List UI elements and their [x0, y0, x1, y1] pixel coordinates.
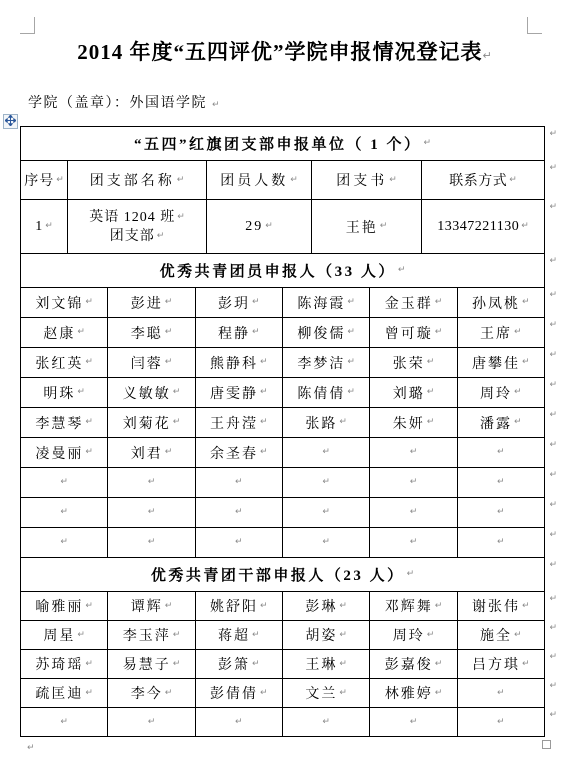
name-row: 张红英↵闫蓉↵熊静科↵李梦洁↵张荣↵唐攀佳↵↵	[21, 347, 544, 377]
cell-end-mark: ↵	[252, 631, 260, 640]
cell-end-mark: ↵	[148, 718, 156, 727]
cell-end-mark: ↵	[85, 358, 93, 367]
section3-name-grid: 喻雅丽↵谭辉↵姚舒阳↵彭琳↵邓辉舞↵谢张伟↵↵周星↵李玉萍↵蒋超↵胡姿↵周玲↵施…	[21, 591, 544, 736]
cell-end-mark: ↵	[77, 328, 85, 337]
applicant-name-cell[interactable]: 谢张伟↵	[457, 592, 544, 620]
cell-end-mark: ↵	[435, 298, 443, 307]
applicant-name: 施全	[480, 625, 512, 645]
applicant-name-cell[interactable]: 刘菊花↵	[107, 408, 194, 437]
cell-end-mark: ↵	[252, 660, 260, 669]
section1-title-text: “五四”红旗团支部申报单位（ 1 个）	[134, 133, 422, 154]
name-row: 疏匡迪↵李今↵彭倩倩↵文兰↵林雅婷↵↵↵	[21, 678, 544, 707]
page-title[interactable]: 2014 年度“五四评优”学院申报情况登记表↵	[0, 36, 569, 66]
paragraph-mark-after-table: ↵	[27, 744, 35, 753]
applicant-name: 李慧琴	[35, 413, 83, 433]
applicant-name: 孙凤桃	[472, 293, 520, 313]
applicant-name: 彭玥	[218, 293, 250, 313]
cell-end-mark: ↵	[410, 478, 418, 487]
section3-title-cell[interactable]: 优秀共青团干部申报人（23 人）↵	[21, 558, 544, 591]
section2-title-cell[interactable]: 优秀共青团员申报人（33 人）↵	[21, 254, 544, 287]
cell-end-mark: ↵	[260, 689, 268, 698]
applicant-name-cell[interactable]: 胡姿↵	[282, 621, 369, 649]
applicant-name-cell[interactable]: 熊静科↵	[195, 348, 282, 377]
cell-end-mark: ↵	[260, 388, 268, 397]
cell-end-mark: ↵	[85, 602, 93, 611]
applicant-name-cell[interactable]: 唐雯静↵	[195, 378, 282, 407]
applicant-name: 李聪	[131, 323, 163, 343]
branch-name-cell[interactable]: 英语 1204 班↵ 团支部↵	[67, 200, 206, 253]
applicant-name: 金玉群	[385, 293, 433, 313]
empty-name-cell[interactable]: ↵	[282, 438, 369, 467]
member-count-cell[interactable]: 29↵	[206, 200, 311, 253]
move-arrows-icon	[5, 113, 16, 131]
table-resize-handle[interactable]	[542, 740, 551, 749]
empty-name-cell[interactable]: ↵	[282, 708, 369, 736]
applicant-name: 曾可璇	[385, 323, 433, 343]
cell-end-mark: ↵	[497, 448, 505, 457]
name-row: 凌曼丽↵刘君↵余圣春↵↵↵↵↵	[21, 437, 544, 467]
applicant-name-cell[interactable]: 林雅婷↵	[369, 679, 456, 707]
applicant-name: 吕方琪	[472, 654, 520, 674]
applicant-name: 李玉萍	[123, 625, 171, 645]
name-row: ↵↵↵↵↵↵↵	[21, 707, 544, 736]
applicant-name-cell[interactable]: 刘文锦↵	[21, 288, 107, 317]
applicant-name-cell[interactable]: 王舟滢↵	[195, 408, 282, 437]
empty-name-cell[interactable]: ↵	[195, 498, 282, 527]
name-row: 明珠↵义敏敏↵唐雯静↵陈倩倩↵刘璐↵周玲↵↵	[21, 377, 544, 407]
applicant-name-cell[interactable]: 姚舒阳↵	[195, 592, 282, 620]
name-row: 刘文锦↵彭进↵彭玥↵陈海霞↵金玉群↵孙凤桃↵↵	[21, 287, 544, 317]
name-row: 周星↵李玉萍↵蒋超↵胡姿↵周玲↵施全↵↵	[21, 620, 544, 649]
cell-end-mark: ↵	[85, 448, 93, 457]
applicant-name-cell[interactable]: 李玉萍↵	[107, 621, 194, 649]
applicant-name: 柳俊儒	[297, 323, 345, 343]
cell-end-mark: ↵	[60, 478, 68, 487]
applicant-name: 彭进	[131, 293, 163, 313]
cell-end-mark: ↵	[380, 222, 388, 231]
applicant-name: 姚舒阳	[210, 596, 258, 616]
cell-end-mark: ↵	[389, 176, 397, 185]
phone-cell[interactable]: 13347221130↵	[421, 200, 544, 253]
empty-name-cell[interactable]: ↵	[107, 708, 194, 736]
applicant-name-cell[interactable]: 义敏敏↵	[107, 378, 194, 407]
empty-name-cell[interactable]: ↵	[282, 468, 369, 497]
row-end-mark: ↵	[549, 711, 557, 720]
name-row: 喻雅丽↵谭辉↵姚舒阳↵彭琳↵邓辉舞↵谢张伟↵↵	[21, 591, 544, 620]
applicant-name-cell[interactable]: 潘露↵	[457, 408, 544, 437]
empty-name-cell[interactable]: ↵	[107, 468, 194, 497]
row-end-mark: ↵	[549, 411, 557, 420]
applicant-name-cell[interactable]: 刘君↵	[107, 438, 194, 467]
applicant-name-cell[interactable]: 周玲↵	[369, 621, 456, 649]
applicant-name-cell[interactable]: 喻雅丽↵	[21, 592, 107, 620]
applicant-name: 李梦洁	[297, 353, 345, 373]
cell-end-mark: ↵	[85, 418, 93, 427]
applicant-name: 刘君	[131, 443, 163, 463]
section1-title-cell[interactable]: “五四”红旗团支部申报单位（ 1 个）↵	[21, 127, 544, 160]
cell-end-mark: ↵	[148, 508, 156, 517]
empty-name-cell[interactable]: ↵	[369, 498, 456, 527]
cell-end-mark: ↵	[435, 660, 443, 669]
applicant-name-cell[interactable]: 彭琳↵	[282, 592, 369, 620]
applicant-name-cell[interactable]: 刘璐↵	[369, 378, 456, 407]
applicant-name: 王琳	[305, 654, 337, 674]
cell-end-mark: ↵	[497, 718, 505, 727]
cell-end-mark: ↵	[509, 176, 517, 185]
applicant-name-cell[interactable]: 易慧子↵	[107, 650, 194, 678]
cell-end-mark: ↵	[522, 602, 530, 611]
cell-end-mark: ↵	[514, 328, 522, 337]
cell-end-mark: ↵	[427, 631, 435, 640]
applicant-name-cell[interactable]: 金玉群↵	[369, 288, 456, 317]
applicant-name-cell[interactable]: 李慧琴↵	[21, 408, 107, 437]
applicant-name: 彭箫	[218, 654, 250, 674]
applicant-name: 熊静科	[210, 353, 258, 373]
applicant-name: 周玲	[393, 625, 425, 645]
cell-end-mark: ↵	[260, 358, 268, 367]
cell-end-mark: ↵	[427, 358, 435, 367]
cell-end-mark: ↵	[514, 388, 522, 397]
paragraph-mark: ↵	[483, 49, 492, 62]
applicant-name-cell[interactable]: 张红英↵	[21, 348, 107, 377]
section3-header-row: 优秀共青团干部申报人（23 人）↵ ↵	[21, 557, 544, 591]
applicant-name: 义敏敏	[123, 383, 171, 403]
applicant-name: 疏匡迪	[35, 683, 83, 703]
empty-name-cell[interactable]: ↵	[369, 468, 456, 497]
empty-name-cell[interactable]: ↵	[195, 468, 282, 497]
branch-name-line2: 团支部	[110, 227, 155, 246]
empty-name-cell[interactable]: ↵	[107, 528, 194, 557]
cell-end-mark: ↵	[407, 570, 415, 579]
applicant-name: 程静	[218, 323, 250, 343]
applicant-name: 胡姿	[305, 625, 337, 645]
applicant-name: 赵康	[43, 323, 75, 343]
margin-crop-mark-top-right	[527, 17, 542, 34]
cell-end-mark: ↵	[173, 418, 181, 427]
applicant-name-cell[interactable]: 程静↵	[195, 318, 282, 347]
applicant-name-cell[interactable]: 吕方琪↵	[457, 650, 544, 678]
applicant-name-cell[interactable]: 苏琦瑶↵	[21, 650, 107, 678]
cell-end-mark: ↵	[427, 388, 435, 397]
cell-end-mark: ↵	[85, 689, 93, 698]
column-header-secretary[interactable]: 团支书↵	[311, 161, 421, 199]
applicant-name-cell[interactable]: 施全↵	[457, 621, 544, 649]
cell-end-mark: ↵	[235, 718, 243, 727]
secretary-cell[interactable]: 王艳↵	[311, 200, 421, 253]
applicant-name-cell[interactable]: 王席↵	[457, 318, 544, 347]
cell-end-mark: ↵	[398, 266, 406, 275]
cell-end-mark: ↵	[252, 298, 260, 307]
row-end-mark: ↵	[549, 441, 557, 450]
section3-title-text: 优秀共青团干部申报人（23 人）	[151, 564, 405, 585]
applicant-name: 闫蓉	[131, 353, 163, 373]
line-break-mark: ↵	[177, 213, 185, 222]
empty-name-cell[interactable]: ↵	[457, 708, 544, 736]
cell-end-mark: ↵	[497, 478, 505, 487]
applicant-name-cell[interactable]: 张路↵	[282, 408, 369, 437]
applicant-name-cell[interactable]: 谭辉↵	[107, 592, 194, 620]
cell-end-mark: ↵	[497, 689, 505, 698]
cell-end-mark: ↵	[522, 660, 530, 669]
cell-end-mark: ↵	[165, 328, 173, 337]
applicant-name-cell[interactable]: 李今↵	[107, 679, 194, 707]
applicant-name: 明珠	[43, 383, 75, 403]
cell-end-mark: ↵	[347, 298, 355, 307]
applicant-name: 彭琳	[305, 596, 337, 616]
applicant-name-cell[interactable]: 彭箫↵	[195, 650, 282, 678]
applicant-name: 文兰	[305, 683, 337, 703]
cell-end-mark: ↵	[60, 508, 68, 517]
empty-name-cell[interactable]: ↵	[457, 679, 544, 707]
empty-name-cell[interactable]: ↵	[457, 528, 544, 557]
applicant-name: 彭嘉俊	[385, 654, 433, 674]
cell-end-mark: ↵	[514, 631, 522, 640]
branch-name-line1: 英语 1204 班	[89, 208, 175, 227]
college-seal-text: 学院（盖章）：外国语学院	[28, 96, 207, 111]
cell-end-mark: ↵	[339, 660, 347, 669]
applicant-name: 唐攀佳	[472, 353, 520, 373]
cell-end-mark: ↵	[173, 388, 181, 397]
cell-end-mark: ↵	[148, 478, 156, 487]
applicant-name: 唐雯静	[210, 383, 258, 403]
cell-end-mark: ↵	[497, 538, 505, 547]
row-end-mark: ↵	[549, 561, 557, 570]
applicant-name: 周星	[43, 625, 75, 645]
empty-name-cell[interactable]: ↵	[107, 498, 194, 527]
applicant-name: 余圣春	[210, 443, 258, 463]
applicant-name-cell[interactable]: 余圣春↵	[195, 438, 282, 467]
applicant-name: 苏琦瑶	[35, 654, 83, 674]
cell-end-mark: ↵	[77, 631, 85, 640]
applicant-name-cell[interactable]: 文兰↵	[282, 679, 369, 707]
cell-end-mark: ↵	[265, 222, 273, 231]
cell-end-mark: ↵	[322, 448, 330, 457]
cell-end-mark: ↵	[177, 176, 185, 185]
cell-end-mark: ↵	[347, 388, 355, 397]
applicant-name: 刘璐	[393, 383, 425, 403]
row-end-mark: ↵	[549, 653, 557, 662]
applicant-name: 凌曼丽	[35, 443, 83, 463]
applicant-name-cell[interactable]: 李梦洁↵	[282, 348, 369, 377]
applicant-name: 刘文锦	[35, 293, 83, 313]
cell-end-mark: ↵	[514, 418, 522, 427]
cell-end-mark: ↵	[60, 538, 68, 547]
applicant-name: 朱妍	[393, 413, 425, 433]
paragraph-mark: ↵	[212, 100, 220, 110]
cell-end-mark: ↵	[235, 508, 243, 517]
applicant-name-cell[interactable]: 陈倩倩↵	[282, 378, 369, 407]
applicant-name: 邓辉舞	[385, 596, 433, 616]
column-header-contact[interactable]: 联系方式↵	[421, 161, 544, 199]
empty-name-cell[interactable]: ↵	[369, 438, 456, 467]
applicant-name-cell[interactable]: 王琳↵	[282, 650, 369, 678]
name-row: ↵↵↵↵↵↵↵	[21, 527, 544, 557]
cell-end-mark: ↵	[235, 538, 243, 547]
empty-name-cell[interactable]: ↵	[21, 498, 107, 527]
cell-end-mark: ↵	[165, 358, 173, 367]
cell-end-mark: ↵	[85, 298, 93, 307]
row-end-mark: ↵	[549, 257, 557, 266]
table-move-handle[interactable]	[3, 114, 18, 129]
applicant-name-cell[interactable]: 闫蓉↵	[107, 348, 194, 377]
applicant-name: 张荣	[393, 353, 425, 373]
cell-end-mark: ↵	[347, 358, 355, 367]
cell-end-mark: ↵	[427, 418, 435, 427]
applicant-name-cell[interactable]: 彭玥↵	[195, 288, 282, 317]
applicant-name-cell[interactable]: 蒋超↵	[195, 621, 282, 649]
cell-end-mark: ↵	[157, 232, 165, 241]
margin-crop-mark-top-left	[20, 17, 35, 34]
cell-end-mark: ↵	[522, 298, 530, 307]
row-end-mark: ↵	[549, 471, 557, 480]
name-row: 李慧琴↵刘菊花↵王舟滢↵张路↵朱妍↵潘露↵↵	[21, 407, 544, 437]
column-header-branch-name[interactable]: 团支部名称↵	[67, 161, 206, 199]
cell-end-mark: ↵	[339, 689, 347, 698]
cell-end-mark: ↵	[435, 602, 443, 611]
row-end-mark: ↵	[549, 682, 557, 691]
applicant-name-cell[interactable]: 柳俊儒↵	[282, 318, 369, 347]
applicant-name: 彭倩倩	[210, 683, 258, 703]
applicant-name: 张路	[305, 413, 337, 433]
cell-end-mark: ↵	[45, 222, 53, 231]
empty-name-cell[interactable]: ↵	[282, 528, 369, 557]
cell-end-mark: ↵	[85, 660, 93, 669]
cell-end-mark: ↵	[423, 139, 431, 148]
cell-end-mark: ↵	[165, 602, 173, 611]
empty-name-cell[interactable]: ↵	[457, 468, 544, 497]
page-title-text: 2014 年度“五四评优”学院申报情况登记表	[77, 40, 482, 64]
cell-end-mark: ↵	[347, 328, 355, 337]
cell-end-mark: ↵	[235, 478, 243, 487]
applicant-name-cell[interactable]: 彭倩倩↵	[195, 679, 282, 707]
cell-end-mark: ↵	[435, 689, 443, 698]
section2-header-row: 优秀共青团员申报人（33 人）↵ ↵	[21, 253, 544, 287]
cell-end-mark: ↵	[322, 508, 330, 517]
name-row: ↵↵↵↵↵↵↵	[21, 467, 544, 497]
empty-name-cell[interactable]: ↵	[21, 528, 107, 557]
section1-header-row: “五四”红旗团支部申报单位（ 1 个）↵ ↵	[21, 127, 544, 160]
applicant-name-cell[interactable]: 周星↵	[21, 621, 107, 649]
empty-name-cell[interactable]: ↵	[21, 468, 107, 497]
applicant-name-cell[interactable]: 孙凤桃↵	[457, 288, 544, 317]
cell-end-mark: ↵	[173, 631, 181, 640]
cell-end-mark: ↵	[435, 328, 443, 337]
branch-index-cell[interactable]: 1↵	[21, 200, 67, 253]
column-header-member-count[interactable]: 团员人数↵	[206, 161, 311, 199]
applicant-name: 陈海霞	[297, 293, 345, 313]
cell-end-mark: ↵	[77, 388, 85, 397]
applicant-name-cell[interactable]: 赵康↵	[21, 318, 107, 347]
row-end-mark: ↵	[549, 595, 557, 604]
row-end-mark: ↵	[549, 351, 557, 360]
section1-column-header-row: 序号↵ 团支部名称↵ 团员人数↵ 团支书↵ 联系方式↵ ↵	[21, 160, 544, 199]
name-row: 赵康↵李聪↵程静↵柳俊儒↵曾可璇↵王席↵↵	[21, 317, 544, 347]
document-page: 2014 年度“五四评优”学院申报情况登记表↵ 学院（盖章）：外国语学院 ↵ “…	[0, 0, 569, 758]
applicant-name-cell[interactable]: 陈海霞↵	[282, 288, 369, 317]
cell-end-mark: ↵	[322, 538, 330, 547]
applicant-name-cell[interactable]: 曾可璇↵	[369, 318, 456, 347]
applicant-name-cell[interactable]: 李聪↵	[107, 318, 194, 347]
row-end-mark: ↵	[549, 624, 557, 633]
cell-end-mark: ↵	[339, 602, 347, 611]
applicant-name-cell[interactable]: 邓辉舞↵	[369, 592, 456, 620]
applicant-name: 喻雅丽	[35, 596, 83, 616]
row-end-mark: ↵	[549, 531, 557, 540]
cell-end-mark: ↵	[56, 176, 64, 185]
cell-end-mark: ↵	[521, 222, 529, 231]
empty-name-cell[interactable]: ↵	[369, 528, 456, 557]
registration-table: “五四”红旗团支部申报单位（ 1 个）↵ ↵ 序号↵ 团支部名称↵ 团员人数↵ …	[20, 126, 545, 737]
cell-end-mark: ↵	[410, 508, 418, 517]
applicant-name-cell[interactable]: 凌曼丽↵	[21, 438, 107, 467]
empty-name-cell[interactable]: ↵	[457, 438, 544, 467]
applicant-name-cell[interactable]: 彭进↵	[107, 288, 194, 317]
cell-end-mark: ↵	[148, 538, 156, 547]
applicant-name: 王舟滢	[210, 413, 258, 433]
empty-name-cell[interactable]: ↵	[457, 498, 544, 527]
applicant-name-cell[interactable]: 周玲↵	[457, 378, 544, 407]
applicant-name: 刘菊花	[123, 413, 171, 433]
cell-end-mark: ↵	[522, 358, 530, 367]
cell-end-mark: ↵	[260, 418, 268, 427]
row-end-mark: ↵	[549, 130, 557, 139]
cell-end-mark: ↵	[322, 718, 330, 727]
empty-name-cell[interactable]: ↵	[369, 708, 456, 736]
cell-end-mark: ↵	[497, 508, 505, 517]
cell-end-mark: ↵	[165, 448, 173, 457]
section2-title-text: 优秀共青团员申报人（33 人）	[160, 260, 396, 281]
applicant-name: 张红英	[35, 353, 83, 373]
cell-end-mark: ↵	[165, 298, 173, 307]
empty-name-cell[interactable]: ↵	[195, 708, 282, 736]
applicant-name: 王席	[480, 323, 512, 343]
section2-name-grid: 刘文锦↵彭进↵彭玥↵陈海霞↵金玉群↵孙凤桃↵↵赵康↵李聪↵程静↵柳俊儒↵曾可璇↵…	[21, 287, 544, 557]
row-end-mark: ↵	[549, 321, 557, 330]
cell-end-mark: ↵	[60, 718, 68, 727]
applicant-name-cell[interactable]: 唐攀佳↵	[457, 348, 544, 377]
row-end-mark: ↵	[549, 203, 557, 212]
cell-end-mark: ↵	[410, 448, 418, 457]
applicant-name: 李今	[131, 683, 163, 703]
cell-end-mark: ↵	[410, 718, 418, 727]
cell-end-mark: ↵	[322, 478, 330, 487]
empty-name-cell[interactable]: ↵	[21, 708, 107, 736]
row-end-mark: ↵	[549, 381, 557, 390]
applicant-name: 易慧子	[123, 654, 171, 674]
applicant-name: 潘露	[480, 413, 512, 433]
applicant-name-cell[interactable]: 疏匡迪↵	[21, 679, 107, 707]
applicant-name: 周玲	[480, 383, 512, 403]
cell-end-mark: ↵	[165, 689, 173, 698]
applicant-name: 林雅婷	[385, 683, 433, 703]
cell-end-mark: ↵	[260, 448, 268, 457]
branch-data-row: 1↵ 英语 1204 班↵ 团支部↵ 29↵ 王艳↵ 13347221130↵ …	[21, 199, 544, 253]
cell-end-mark: ↵	[260, 602, 268, 611]
column-header-index[interactable]: 序号↵	[21, 161, 67, 199]
applicant-name: 蒋超	[218, 625, 250, 645]
applicant-name-cell[interactable]: 彭嘉俊↵	[369, 650, 456, 678]
applicant-name-cell[interactable]: 张荣↵	[369, 348, 456, 377]
applicant-name-cell[interactable]: 朱妍↵	[369, 408, 456, 437]
empty-name-cell[interactable]: ↵	[195, 528, 282, 557]
applicant-name: 谭辉	[131, 596, 163, 616]
row-end-mark: ↵	[549, 164, 557, 173]
college-seal-line[interactable]: 学院（盖章）：外国语学院 ↵	[28, 92, 220, 112]
applicant-name-cell[interactable]: 明珠↵	[21, 378, 107, 407]
empty-name-cell[interactable]: ↵	[282, 498, 369, 527]
name-row: 苏琦瑶↵易慧子↵彭箫↵王琳↵彭嘉俊↵吕方琪↵↵	[21, 649, 544, 678]
cell-end-mark: ↵	[410, 538, 418, 547]
